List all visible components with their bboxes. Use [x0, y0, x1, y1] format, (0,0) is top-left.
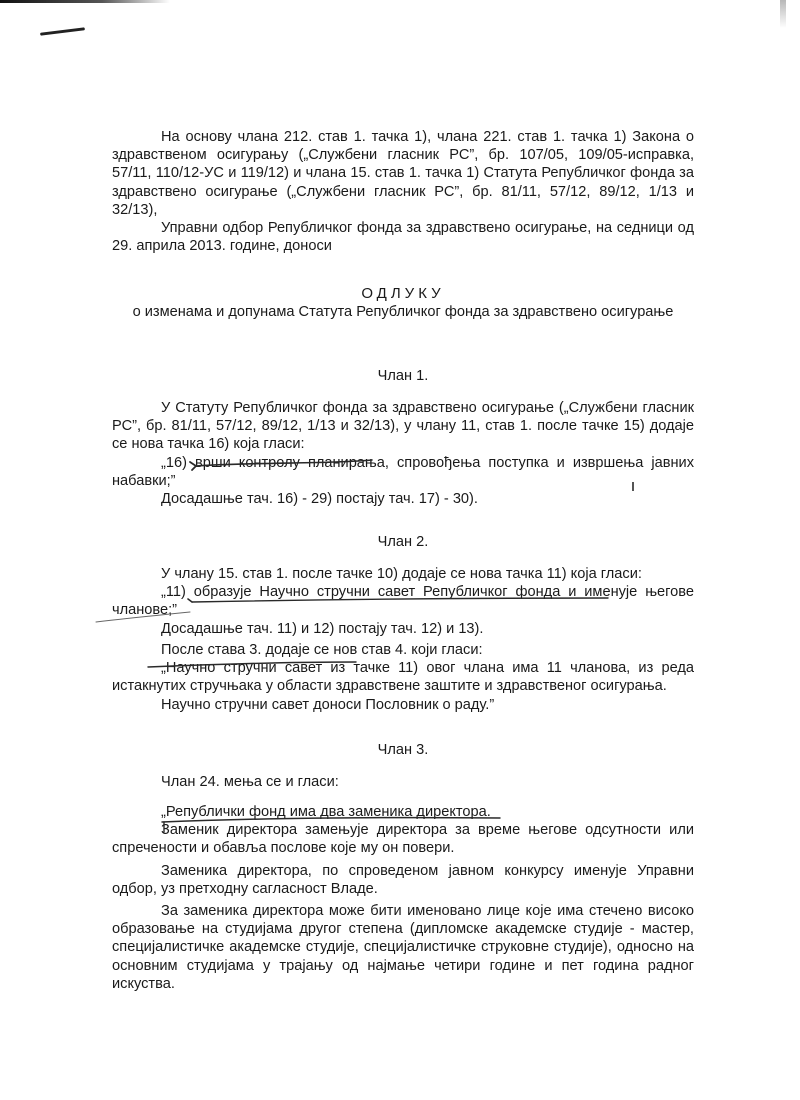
document-title: ОДЛУКУ	[112, 285, 694, 303]
article-paragraph: За заменика директора може бити именован…	[112, 902, 694, 993]
document-subtitle: о изменама и допунама Статута Републичко…	[112, 303, 694, 321]
article-paragraph: „16) врши контролу планирања, спровођења…	[112, 454, 694, 490]
scan-edge-artifact	[0, 0, 170, 3]
handwritten-pen-mark	[40, 27, 85, 35]
preamble-paragraph: Управни одбор Републичког фонда за здрав…	[112, 219, 694, 255]
scan-edge-artifact	[780, 0, 786, 28]
article-paragraph: Члан 24. мења се и гласи:	[112, 773, 694, 791]
article-1-body: У Статуту Републичког фонда за здравстве…	[112, 399, 694, 508]
article-paragraph: Заменик директора замењује директора за …	[112, 821, 694, 857]
article-3-intro: Члан 24. мења се и гласи:	[112, 773, 694, 791]
article-paragraph: После става 3. додаје се нов став 4. кој…	[112, 641, 694, 659]
article-paragraph: Научно стручни савет доноси Пословник о …	[112, 696, 694, 714]
article-2-body: У члану 15. став 1. после тачке 10) дода…	[112, 565, 694, 638]
stray-mark	[632, 482, 634, 491]
article-paragraph: Досадашње тач. 16) - 29) постају тач. 17…	[112, 490, 694, 508]
article-heading: Члан 1.	[112, 367, 694, 385]
article-paragraph: У члану 15. став 1. после тачке 10) дода…	[112, 565, 694, 583]
article-heading: Члан 2.	[112, 533, 694, 551]
article-paragraph: „Научно стручни савет из тачке 11) овог …	[112, 659, 694, 695]
preamble-paragraph: На основу члана 212. став 1. тачка 1), ч…	[112, 128, 694, 219]
article-paragraph: Досадашње тач. 11) и 12) постају тач. 12…	[112, 620, 694, 638]
article-paragraph: У Статуту Републичког фонда за здравстве…	[112, 399, 694, 454]
article-3-body: „Републички фонд има два заменика директ…	[112, 803, 694, 993]
article-heading: Члан 3.	[112, 741, 694, 759]
article-2-body-cont: После става 3. додаје се нов став 4. кој…	[112, 641, 694, 714]
article-paragraph: „11) образује Научно стручни савет Репуб…	[112, 583, 694, 619]
article-paragraph: „Републички фонд има два заменика директ…	[112, 803, 694, 821]
preamble: На основу члана 212. став 1. тачка 1), ч…	[112, 128, 694, 255]
article-paragraph: Заменика директора, по спроведеном јавно…	[112, 862, 694, 898]
